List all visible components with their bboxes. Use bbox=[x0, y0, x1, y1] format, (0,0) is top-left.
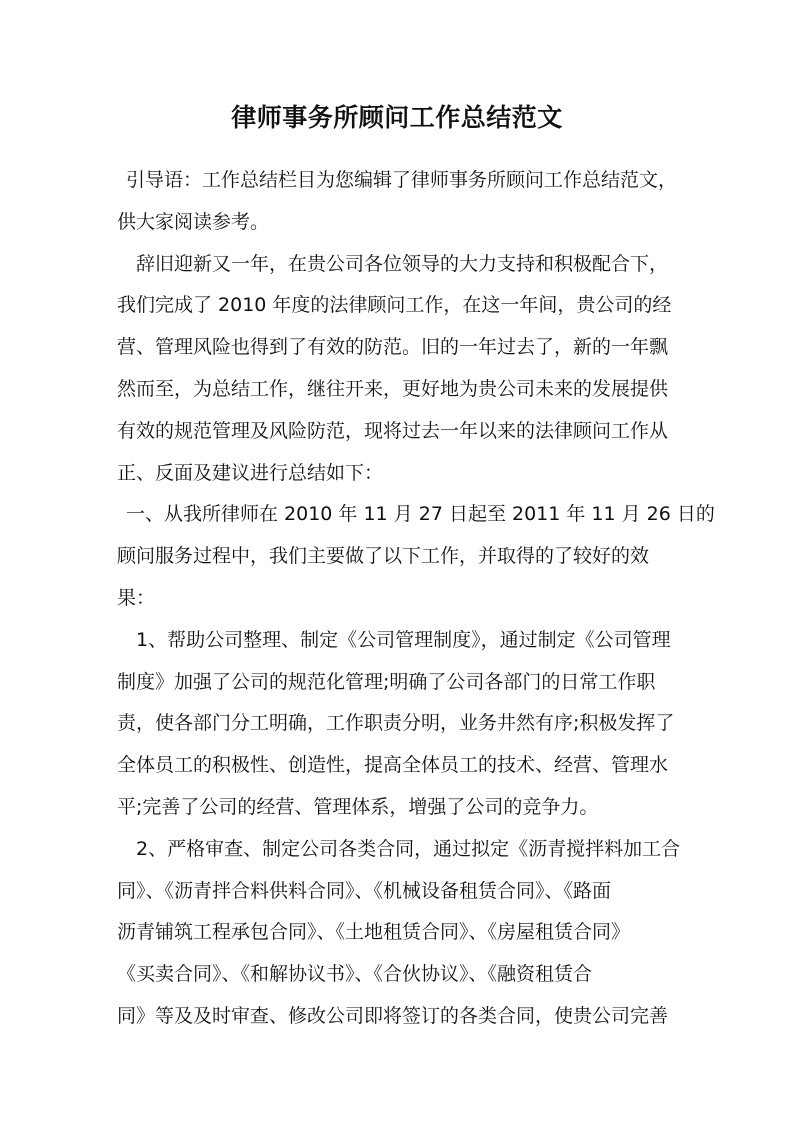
item-2-line-5: 同》等及及时审查、修改公司即将签订的各类合同，使贵公司完善 bbox=[117, 996, 673, 1038]
document-body: 引导语：工作总结栏目为您编辑了律师事务所顾问工作总结范文， 供大家阅读参考。 辞… bbox=[117, 160, 673, 1038]
document-title: 律师事务所顾问工作总结范文 bbox=[0, 101, 794, 135]
item-1-line-4: 全体员工的积极性、创造性，提高全体员工的技术、经营、管理水 bbox=[117, 745, 673, 787]
intro-line-2: 供大家阅读参考。 bbox=[117, 202, 673, 244]
paragraph-1-line-6: 正、反面及建议进行总结如下： bbox=[117, 453, 673, 495]
item-2-line-4: 《买卖合同》、《和解协议书》、《合伙协议》、《融资租赁合 bbox=[117, 954, 673, 996]
section-1-line-1: 一、从我所律师在 2010 年 11 月 27 日起至 2011 年 11 月 … bbox=[117, 494, 673, 536]
intro-line-1: 引导语：工作总结栏目为您编辑了律师事务所顾问工作总结范文， bbox=[117, 160, 673, 202]
item-2-line-3: 沥青铺筑工程承包合同》、《土地租赁合同》、《房屋租赁合同》 bbox=[117, 912, 673, 954]
item-1-line-5: 平;完善了公司的经营、管理体系，增强了公司的竞争力。 bbox=[117, 787, 673, 829]
paragraph-1-line-2: 我们完成了 2010 年度的法律顾问工作，在这一年间，贵公司的经 bbox=[117, 285, 673, 327]
item-1-line-2: 制度》加强了公司的规范化管理;明确了公司各部门的日常工作职 bbox=[117, 662, 673, 704]
paragraph-1-line-5: 有效的规范管理及风险防范，现将过去一年以来的法律顾问工作从 bbox=[117, 411, 673, 453]
item-1-line-3: 责，使各部门分工明确，工作职责分明，业务井然有序;积极发挥了 bbox=[117, 703, 673, 745]
document-page: 律师事务所顾问工作总结范文 引导语：工作总结栏目为您编辑了律师事务所顾问工作总结… bbox=[0, 0, 794, 1123]
section-1-line-2: 顾问服务过程中，我们主要做了以下工作，并取得的了较好的效 bbox=[117, 536, 673, 578]
section-1-line-3: 果： bbox=[117, 578, 673, 620]
paragraph-1-line-4: 然而至，为总结工作，继往开来，更好地为贵公司未来的发展提供 bbox=[117, 369, 673, 411]
item-1-line-1: 1、帮助公司整理、制定《公司管理制度》，通过制定《公司管理 bbox=[117, 620, 673, 662]
item-2-line-2: 同》、《沥青拌合料供料合同》、《机械设备租赁合同》、《路面 bbox=[117, 871, 673, 913]
item-2-line-1: 2、严格审查、制定公司各类合同，通过拟定《沥青搅拌料加工合 bbox=[117, 829, 673, 871]
paragraph-1-line-3: 营、管理风险也得到了有效的防范。旧的一年过去了，新的一年飘 bbox=[117, 327, 673, 369]
paragraph-1-line-1: 辞旧迎新又一年，在贵公司各位领导的大力支持和积极配合下， bbox=[117, 244, 673, 286]
